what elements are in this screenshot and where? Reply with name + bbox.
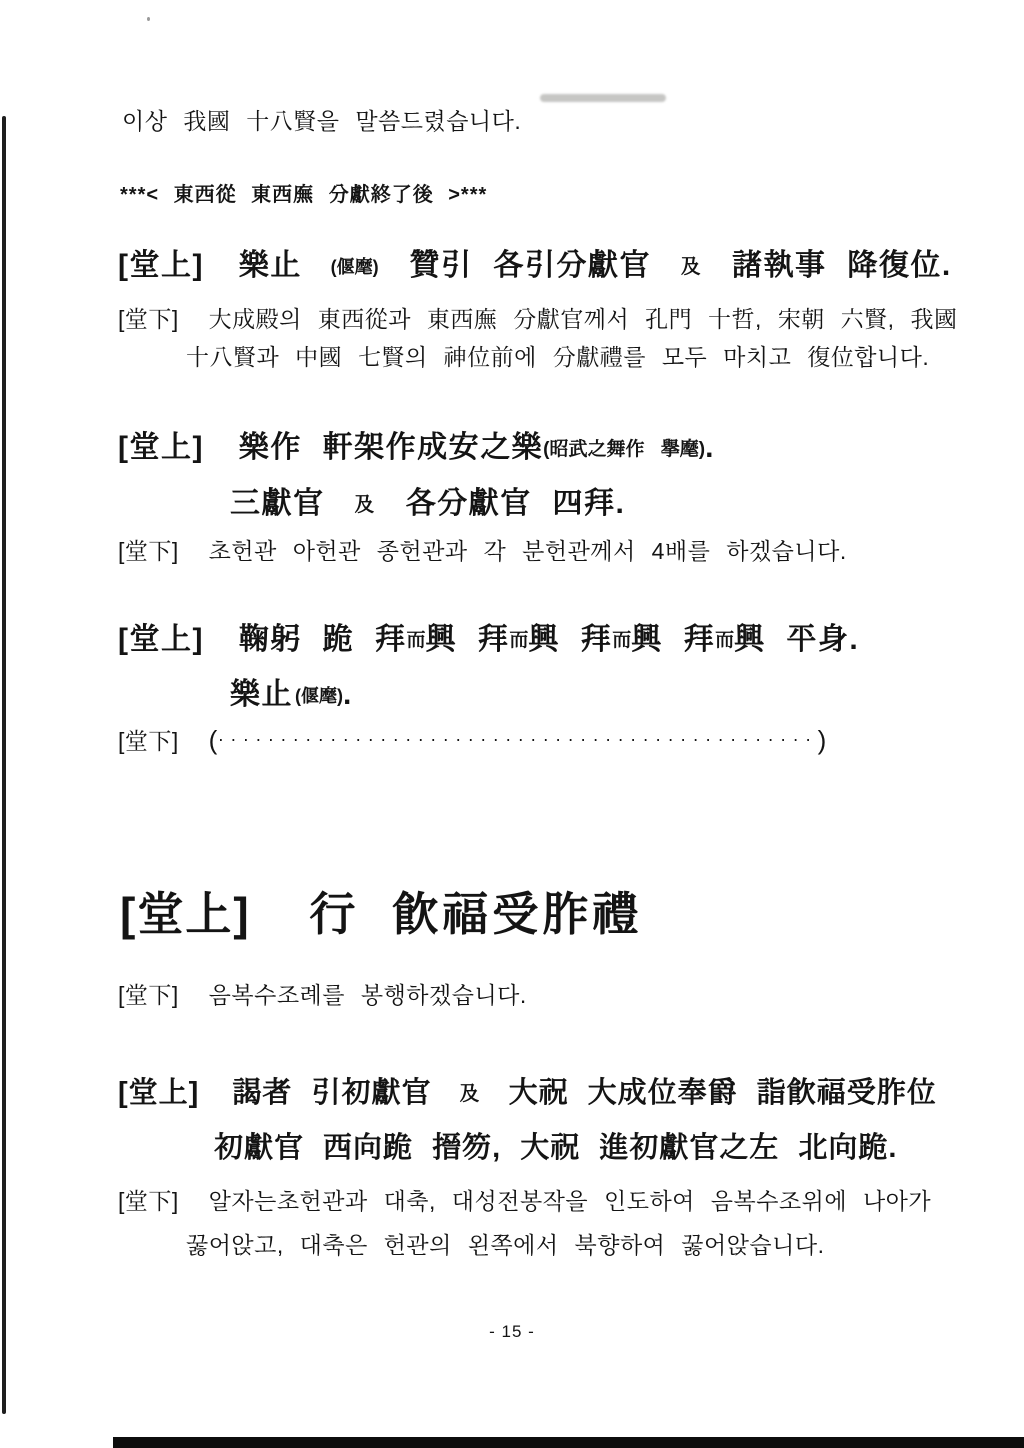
paren-close: )	[818, 725, 827, 755]
command-line-four-bows: 三獻官 及 各分獻官 四拜.	[230, 478, 625, 522]
hall-lower-label: [堂下]	[118, 728, 179, 754]
conjunction-geup: 及	[354, 494, 376, 516]
narration-line: [堂下] 음복수조례를 봉행하겠습니다.	[118, 977, 527, 1010]
narration-line-continued: 十八賢과 中國 七賢의 神位前에 分獻禮를 모두 마치고 復位합니다.	[186, 339, 929, 372]
ellipsis-dots: ········································…	[218, 729, 818, 749]
scan-artifact-left-edge	[2, 116, 6, 1414]
command-text: 樂作 軒架作成安之樂	[239, 431, 543, 464]
intro-line: 이상 我國 十八賢을 말씀드렸습니다.	[122, 103, 521, 136]
command-text: 興 拜	[528, 623, 612, 656]
command-text: 鞠躬 跪 拜	[239, 623, 407, 656]
command-text: 樂止	[230, 678, 293, 711]
narration-line-continued: 꿇어앉고, 대축은 헌관의 왼쪽에서 북향하여 꿇어앉습니다.	[186, 1227, 824, 1260]
small-char-i: 而	[407, 630, 426, 651]
command-text: 樂止	[239, 249, 302, 282]
intro-text: 이상 我國 十八賢을 말씀드렸습니다.	[122, 108, 521, 134]
page-number: - 15 -	[0, 1322, 1024, 1342]
scan-artifact-speck	[147, 17, 150, 21]
command-text: 大祝 大成位奉爵 詣飮福受胙位	[509, 1077, 937, 1109]
small-char-i: 而	[509, 630, 528, 651]
page-number-text: - 15 -	[489, 1322, 535, 1341]
separator-line: ***< 東西從 東西廡 分獻終了後 >***	[120, 178, 487, 207]
conjunction-geup: 及	[681, 256, 703, 278]
narration-line: [堂下] 초헌관 아헌관 종헌관과 각 분헌관께서 4배를 하겠습니다.	[118, 533, 847, 566]
section-heading-eumbok-rite: [堂上] 行 飮福受胙禮	[120, 878, 642, 944]
command-text: .	[705, 431, 715, 464]
hall-upper-label: [堂上]	[118, 431, 204, 464]
annotation-eonhwi: (偃麾)	[331, 257, 379, 277]
hall-lower-label: [堂下]	[118, 306, 179, 332]
annotation-dance: (昭武之舞作 擧麾)	[543, 439, 705, 460]
command-line-kneel: 初獻官 西向跪 搢笏, 大祝 進初獻官之左 北向跪.	[214, 1125, 897, 1166]
narration-text: 음복수조례를 봉행하겠습니다.	[209, 982, 527, 1008]
separator-text: ***< 東西從 東西廡 分獻終了後 >***	[120, 184, 487, 206]
command-line-bow-sequence: [堂上] 鞠躬 跪 拜而興 拜而興 拜而興 拜而興 平身.	[118, 614, 859, 658]
command-text: 興 拜	[426, 623, 510, 656]
narration-text: 大成殿의 東西從과 東西廡 分獻官께서 孔門 十哲, 宋朝 六賢, 我國	[209, 306, 958, 332]
command-text: 各分獻官 四拜.	[406, 487, 626, 520]
command-line-proceed: [堂上] 謁者 引初獻官 及 大祝 大成位奉爵 詣飮福受胙位	[118, 1070, 937, 1111]
scan-artifact-bottom-bar	[113, 1437, 1024, 1448]
hall-upper-label: [堂上]	[118, 623, 204, 656]
hall-upper-label: [堂上]	[118, 1077, 199, 1109]
command-line-music-start: [堂上] 樂作 軒架作成安之樂(昭武之舞作 擧麾).	[118, 422, 715, 466]
command-text: .	[343, 678, 353, 711]
narration-line-ellipsis: [堂下] (··································…	[118, 723, 827, 756]
small-char-i: 而	[612, 630, 631, 651]
heading-title: 行 飮福受胙禮	[309, 888, 642, 940]
conjunction-geup: 及	[460, 1083, 481, 1105]
command-line-music-stop: [堂上] 樂止 (偃麾) 贊引 各引分獻官 及 諸執事 降復位.	[118, 240, 952, 284]
command-text: 三獻官	[230, 487, 325, 520]
hall-lower-label: [堂下]	[118, 1188, 179, 1214]
paren-open: (	[209, 725, 218, 755]
command-text: 興 拜	[631, 623, 715, 656]
narration-text: 알자는초헌관과 대축, 대성전봉작을 인도하여 음복수조위에 나아가	[209, 1188, 931, 1214]
annotation-eonhwi: (偃麾)	[295, 686, 343, 706]
command-text: 諸執事 降復位.	[732, 249, 952, 282]
hall-upper-label: [堂上]	[118, 249, 204, 282]
command-text: 初獻官 西向跪 搢笏, 大祝 進初獻官之左 北向跪.	[214, 1132, 897, 1164]
hall-lower-label: [堂下]	[118, 982, 179, 1008]
narration-line: [堂下] 大成殿의 東西從과 東西廡 分獻官께서 孔門 十哲, 宋朝 六賢, 我…	[118, 301, 957, 334]
command-line-music-stop-2: 樂止(偃麾).	[230, 669, 353, 713]
command-text: 謁者 引初獻官	[232, 1077, 431, 1109]
document-page: 이상 我國 十八賢을 말씀드렸습니다. ***< 東西從 東西廡 分獻終了後 >…	[0, 0, 1024, 1448]
hall-lower-label: [堂下]	[118, 538, 179, 564]
hall-upper-label: [堂上]	[120, 888, 251, 940]
command-text: 興 平身.	[734, 623, 859, 656]
narration-text: 꿇어앉고, 대축은 헌관의 왼쪽에서 북향하여 꿇어앉습니다.	[186, 1232, 824, 1258]
scan-artifact-smudge	[540, 94, 666, 102]
small-char-i: 而	[715, 630, 734, 651]
narration-text: 초헌관 아헌관 종헌관과 각 분헌관께서 4배를 하겠습니다.	[209, 538, 847, 564]
narration-text: 十八賢과 中國 七賢의 神位前에 分獻禮를 모두 마치고 復位합니다.	[186, 344, 929, 370]
command-text: 贊引 各引分獻官	[410, 249, 651, 282]
narration-line: [堂下] 알자는초헌관과 대축, 대성전봉작을 인도하여 음복수조위에 나아가	[118, 1183, 931, 1216]
